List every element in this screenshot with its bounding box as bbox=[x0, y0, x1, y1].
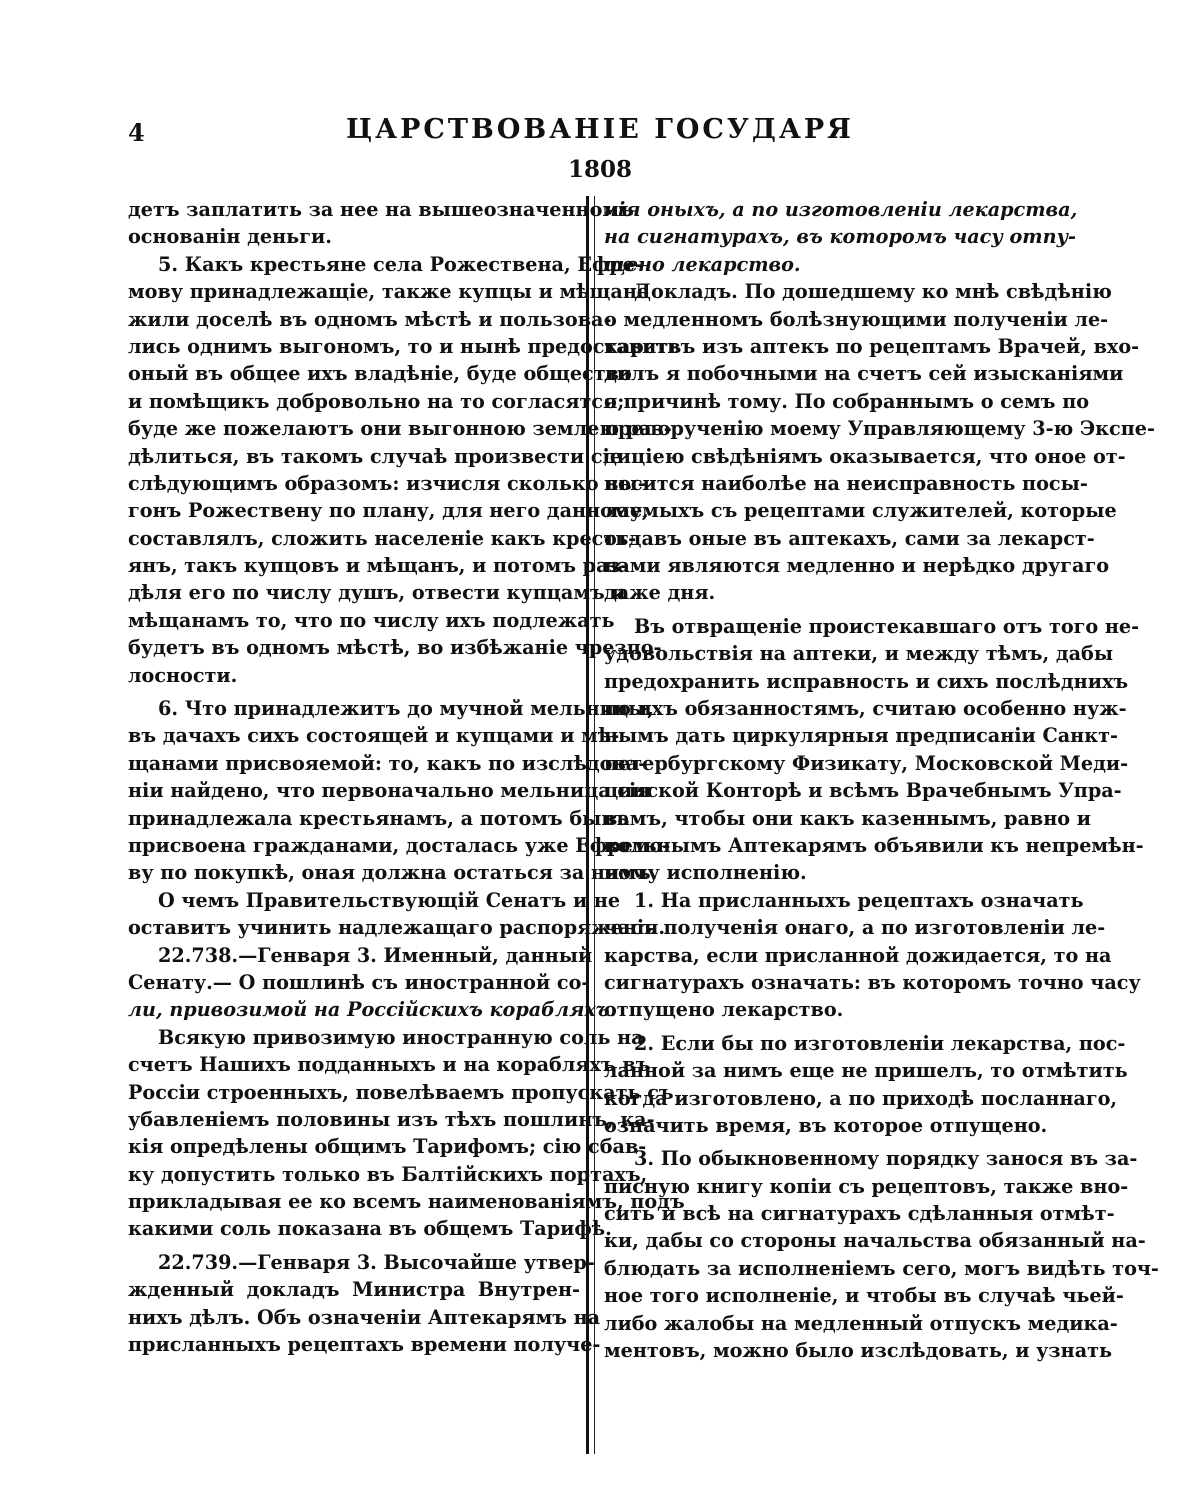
text-line: Въ отвращеніе проистекавшаго отъ того не… bbox=[604, 613, 1064, 640]
text-line: 5. Какъ крестьяне села Рожествена, Ефре- bbox=[128, 251, 580, 278]
text-line: на сигнатурахъ, въ которомъ часу отпу- bbox=[604, 223, 1064, 250]
text-line: составлялъ, сложить населеніе какъ крест… bbox=[128, 525, 580, 552]
text-line: дѣля его по числу душъ, отвести купцамъ … bbox=[128, 579, 580, 606]
text-line: удовольствія на аптеки, и между тѣмъ, да… bbox=[604, 640, 1064, 667]
text-line: въ дачахъ сихъ состоящей и купцами и мѣ- bbox=[128, 722, 580, 749]
text-line: присланныхъ рецептахъ времени получе- bbox=[128, 1331, 580, 1358]
text-line: нихъ дѣлъ. Объ означеніи Аптекарямъ на bbox=[128, 1304, 580, 1331]
text-line: карствъ изъ аптекъ по рецептамъ Врачей, … bbox=[604, 333, 1064, 360]
text-line: прикладывая ее ко всемъ наименованіямъ, … bbox=[128, 1188, 580, 1215]
text-line: носится наиболѣе на неисправность посы- bbox=[604, 470, 1064, 497]
text-line: ніи найдено, что первоначально мельница … bbox=[128, 777, 580, 804]
left-column: детъ заплатить за нее на вышеозначенномъ… bbox=[128, 196, 580, 1358]
text-line: ному исполненію. bbox=[604, 859, 1064, 886]
text-line: О чемъ Правительствующій Сенатъ и не bbox=[128, 887, 580, 914]
text-line: о причинѣ тому. По собраннымъ о семъ по bbox=[604, 388, 1064, 415]
text-line: отпущено лекарство. bbox=[604, 996, 1064, 1023]
text-line: лосности. bbox=[128, 662, 580, 689]
text-line: оный въ общее ихъ владѣніе, буде обществ… bbox=[128, 360, 580, 387]
text-line: сигнатурахъ означать: въ которомъ точно … bbox=[604, 969, 1064, 996]
right-column: нія оныхъ, а по изготовленіи лекарства,н… bbox=[604, 196, 1064, 1364]
text-line: дѣлиться, въ такомъ случаѣ произвести сі… bbox=[128, 443, 580, 470]
text-line: нымъ дать циркулярныя предписаніи Санкт- bbox=[604, 722, 1064, 749]
text-line: жденный докладъ Министра Внутрен- bbox=[128, 1276, 580, 1303]
text-line: дилъ я побочными на счетъ сей изысканіям… bbox=[604, 360, 1064, 387]
text-line: оставитъ учинить надлежащаго распоряжені… bbox=[128, 914, 580, 941]
text-line: часъ полученія онаго, а по изготовленіи … bbox=[604, 914, 1064, 941]
text-line: ку допустить только въ Балтійскихъ порта… bbox=[128, 1161, 580, 1188]
text-line: о медленномъ болѣзнующими полученіи ле- bbox=[604, 306, 1064, 333]
text-line: ки, дабы со стороны начальства обязанный… bbox=[604, 1227, 1064, 1254]
text-line: блюдать за исполненіемъ сего, могъ видѣт… bbox=[604, 1255, 1064, 1282]
text-line: мѣщанамъ то, что по числу ихъ подлежать bbox=[128, 607, 580, 634]
text-line: либо жалобы на медленный отпускъ медика- bbox=[604, 1310, 1064, 1337]
text-line: ланной за нимъ еще не пришелъ, то отмѣти… bbox=[604, 1057, 1064, 1084]
text-line: присвоена гражданами, досталась уже Ефре… bbox=[128, 832, 580, 859]
text-line: мову принадлежащіе, также купцы и мѣщане bbox=[128, 278, 580, 305]
text-line: и помѣщикъ добровольно на то согласятся; bbox=[128, 388, 580, 415]
text-line: по ихъ обязанностямъ, считаю особенно ну… bbox=[604, 695, 1064, 722]
text-line: ное того исполненіе, и чтобы въ случаѣ ч… bbox=[604, 1282, 1064, 1309]
text-line: ментовъ, можно было изслѣдовать, и узнат… bbox=[604, 1337, 1064, 1364]
text-line: убавленіемъ половины изъ тѣхъ пошлинъ, к… bbox=[128, 1106, 580, 1133]
text-line: 1. На присланныхъ рецептахъ означать bbox=[604, 887, 1064, 914]
text-line: какими соль показана въ общемъ Тарифѣ. bbox=[128, 1215, 580, 1242]
text-line: цинской Конторѣ и всѣмъ Врачебнымъ Упра- bbox=[604, 777, 1064, 804]
text-line: означить время, въ которое отпущено. bbox=[604, 1112, 1064, 1139]
text-line: когда изготовлено, а по приходѣ посланна… bbox=[604, 1085, 1064, 1112]
text-line: счетъ Нашихъ подданныхъ и на корабляхъ в… bbox=[128, 1051, 580, 1078]
text-line: детъ заплатить за нее на вышеозначенномъ bbox=[128, 196, 580, 223]
text-line: вами являются медленно и нерѣдко другаго bbox=[604, 552, 1064, 579]
text-line: сить и всѣ на сигнатурахъ сдѣланныя отмѣ… bbox=[604, 1200, 1064, 1227]
text-line: 2. Если бы по изготовленіи лекарства, по… bbox=[604, 1030, 1064, 1057]
text-line: препорученію моему Управляющему 3-ю Эксп… bbox=[604, 415, 1064, 442]
text-line: петербургскому Физикату, Московской Меди… bbox=[604, 750, 1064, 777]
text-line: Докладъ. По дошедшему ко мнѣ свѣдѣнію bbox=[604, 278, 1064, 305]
text-line: вольнымъ Аптекарямъ объявили къ непремѣн… bbox=[604, 832, 1064, 859]
text-line: 6. Что принадлежитъ до мучной мельницы, bbox=[128, 695, 580, 722]
text-line: карства, если присланной дожидается, то … bbox=[604, 942, 1064, 969]
text-line: писную книгу копіи съ рецептовъ, также в… bbox=[604, 1173, 1064, 1200]
text-line: янъ, такъ купцовъ и мѣщанъ, и потомъ раз… bbox=[128, 552, 580, 579]
text-line: диціею свѣдѣніямъ оказывается, что оное … bbox=[604, 443, 1064, 470]
year-heading: 1808 bbox=[0, 156, 1200, 183]
text-line: 3. По обыкновенному порядку занося въ за… bbox=[604, 1145, 1064, 1172]
text-line: лись однимъ выгономъ, то и нынѣ предоста… bbox=[128, 333, 580, 360]
text-line: ли, привозимой на Россійскихъ корабляхъ. bbox=[128, 996, 580, 1023]
text-line: лаемыхъ съ рецептами служителей, которые bbox=[604, 497, 1064, 524]
text-line: 22.738.—Генваря 3. Именный, данный bbox=[128, 942, 580, 969]
text-line: Сенату.— О пошлинѣ съ иностранной со- bbox=[128, 969, 580, 996]
text-line: слѣдующимъ образомъ: изчисля сколько вы- bbox=[128, 470, 580, 497]
text-line: щанами присвояемой: то, какъ по изслѣдов… bbox=[128, 750, 580, 777]
text-line: кія опредѣлены общимъ Тарифомъ; сію сбав… bbox=[128, 1133, 580, 1160]
text-line: отдавъ оные въ аптекахъ, сами за лекарст… bbox=[604, 525, 1064, 552]
text-line: основанін деньги. bbox=[128, 223, 580, 250]
running-title: ЦАРСТВОВАНІЕ ГОСУДАРЯ bbox=[0, 114, 1200, 145]
text-line: вамъ, чтобы они какъ казеннымъ, равно и bbox=[604, 805, 1064, 832]
text-line: нія оныхъ, а по изготовленіи лекарства, bbox=[604, 196, 1064, 223]
text-line: принадлежала крестьянамъ, а потомъ бывъ bbox=[128, 805, 580, 832]
text-line: 22.739.—Генваря 3. Высочайше утвер- bbox=[128, 1249, 580, 1276]
text-line: жили доселѣ въ одномъ мѣстѣ и пользова- bbox=[128, 306, 580, 333]
text-line: Россіи строенныхъ, повелѣваемъ пропускат… bbox=[128, 1079, 580, 1106]
text-line: предохранить исправность и сихъ послѣдни… bbox=[604, 668, 1064, 695]
text-line: гонъ Рожествену по плану, для него данно… bbox=[128, 497, 580, 524]
text-line: ву по покупкѣ, оная должна остаться за н… bbox=[128, 859, 580, 886]
text-line: даже дня. bbox=[604, 579, 1064, 606]
text-line: будетъ въ одномъ мѣстѣ, во избѣжаніе чре… bbox=[128, 634, 580, 661]
text-line: буде же пожелаютъ они выгонною землею ра… bbox=[128, 415, 580, 442]
text-line: Всякую привозимую иностранную соль на bbox=[128, 1024, 580, 1051]
text-line: щено лекарство. bbox=[604, 251, 1064, 278]
